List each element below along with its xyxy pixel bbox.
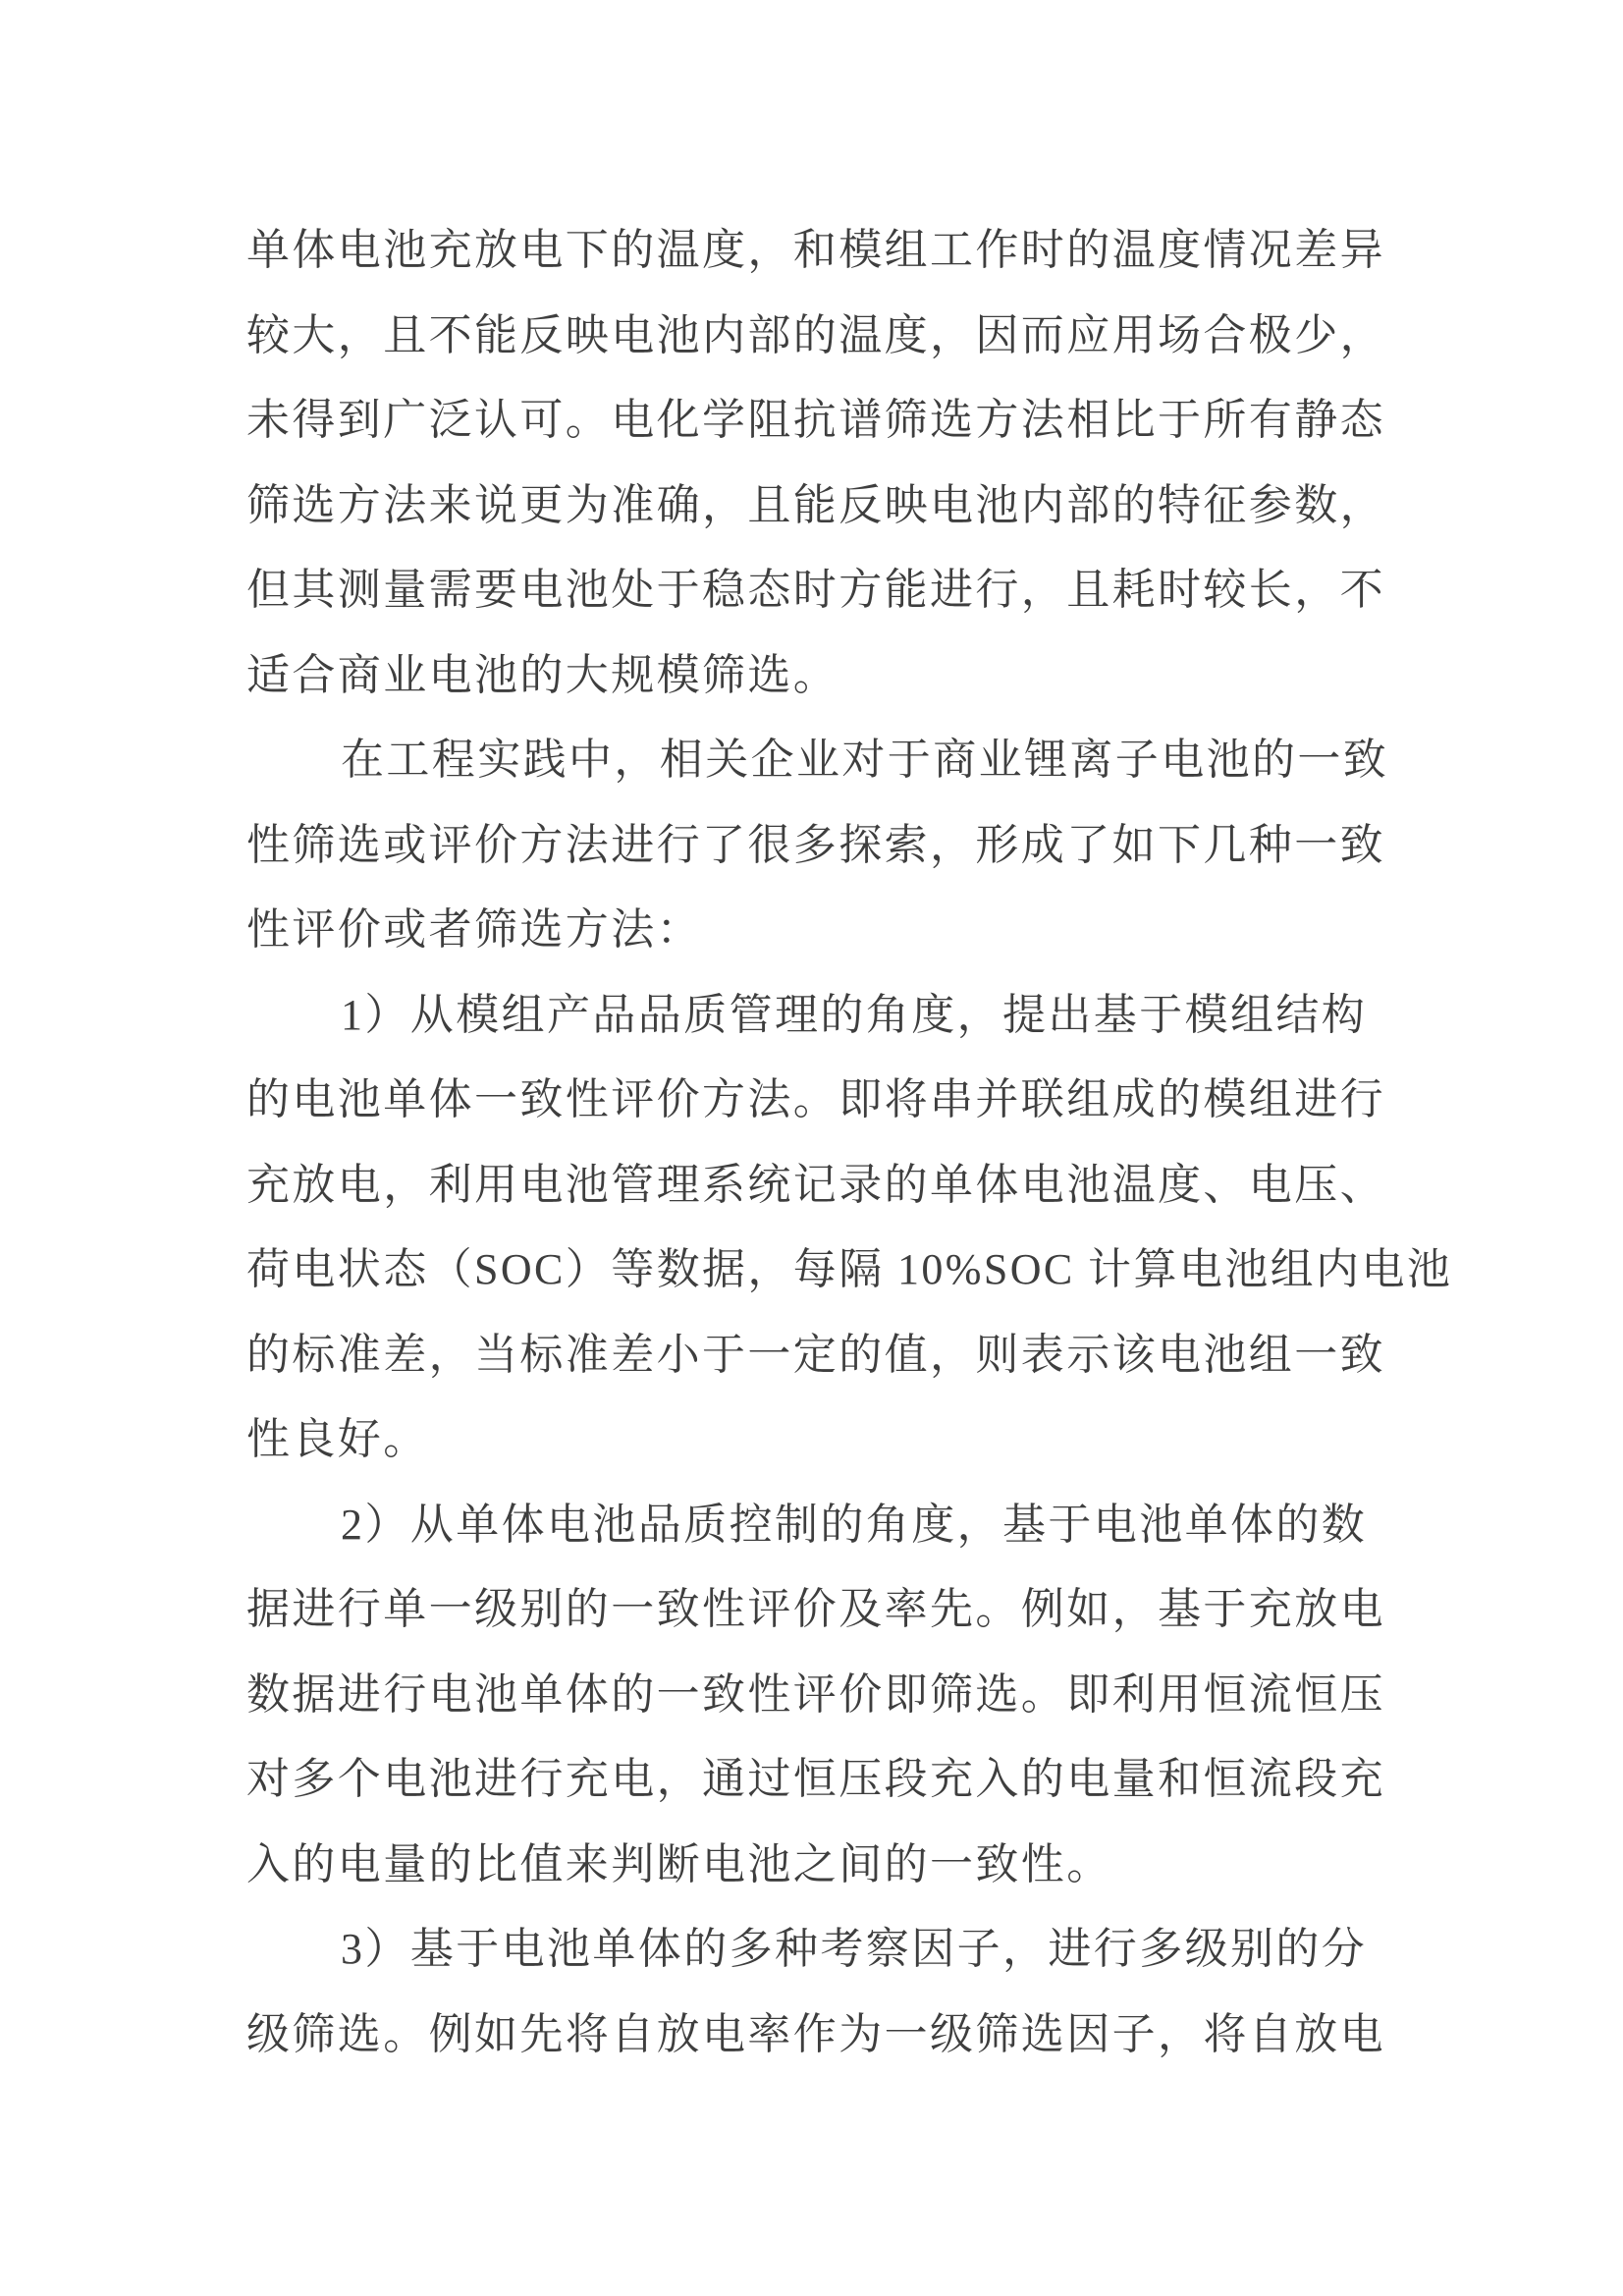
text-line: 在工程实践中，相关企业对于商业锂离子电池的一致: [246, 718, 1378, 803]
text-line: 的标准差，当标准差小于一定的值，则表示该电池组一致: [246, 1313, 1378, 1398]
text-line: 较大，且不能反映电池内部的温度，因而应用场合极少，: [246, 294, 1378, 379]
text-line: 性良好。: [246, 1397, 1378, 1483]
text-line: 据进行单一级别的一致性评价及率先。例如，基于充放电: [246, 1567, 1378, 1653]
text-line: 2）从单体电池品质控制的角度，基于电池单体的数: [246, 1483, 1378, 1568]
text-line: 对多个电池进行充电，通过恒压段充入的电量和恒流段充: [246, 1737, 1378, 1823]
text-line: 性筛选或评价方法进行了很多探索，形成了如下几种一致: [246, 803, 1378, 889]
text-line: 数据进行电池单体的一致性评价即筛选。即利用恒流恒压: [246, 1653, 1378, 1738]
text-line: 的电池单体一致性评价方法。即将串并联组成的模组进行: [246, 1058, 1378, 1143]
text-line: 3）基于电池单体的多种考察因子，进行多级别的分: [246, 1907, 1378, 1993]
document-page: 单体电池充放电下的温度，和模组工作时的温度情况差异 较大，且不能反映电池内部的温…: [0, 0, 1623, 2296]
text-line: 级筛选。例如先将自放电率作为一级筛选因子，将自放电: [246, 1993, 1378, 2078]
text-line: 充放电，利用电池管理系统记录的单体电池温度、电压、: [246, 1143, 1378, 1229]
body-text-block: 单体电池充放电下的温度，和模组工作时的温度情况差异 较大，且不能反映电池内部的温…: [246, 208, 1378, 2077]
text-line: 荷电状态（SOC）等数据，每隔 10%SOC 计算电池组内电池: [246, 1228, 1378, 1313]
text-line: 筛选方法来说更为准确，且能反映电池内部的特征参数，: [246, 464, 1378, 549]
text-line: 单体电池充放电下的温度，和模组工作时的温度情况差异: [246, 208, 1378, 294]
text-line: 适合商业电池的大规模筛选。: [246, 633, 1378, 719]
text-line: 但其测量需要电池处于稳态时方能进行，且耗时较长，不: [246, 548, 1378, 633]
text-line: 1）从模组产品品质管理的角度，提出基于模组结构: [246, 973, 1378, 1059]
text-line: 入的电量的比值来判断电池之间的一致性。: [246, 1823, 1378, 1908]
text-line: 未得到广泛认可。电化学阻抗谱筛选方法相比于所有静态: [246, 378, 1378, 464]
text-line: 性评价或者筛选方法：: [246, 888, 1378, 973]
